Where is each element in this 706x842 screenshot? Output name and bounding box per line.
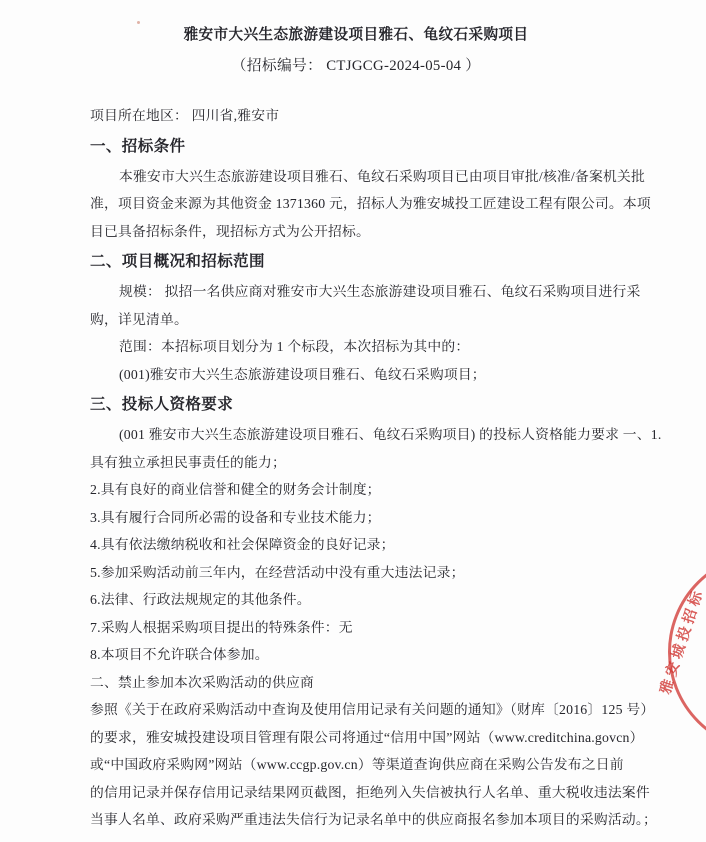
document-line: 本雅安市大兴生态旅游建设项目雅石、龟纹石采购项目已由项目审批/核准/备案机关批 [90,163,622,191]
document-text: 项目所在地区： 四川省,雅安市一、招标条件本雅安市大兴生态旅游建设项目雅石、龟纹… [90,102,622,834]
document-line: 或“中国政府采购网”网站（www.ccgp.gov.cn）等渠道查询供应商在采购… [90,751,622,779]
document-line: (001 雅安市大兴生态旅游建设项目雅石、龟纹石采购项目) 的投标人资格能力要求… [90,421,622,449]
document-line: 4.具有依法缴纳税收和社会保障资金的良好记录； [90,531,622,559]
document-heading: 一、招标条件 [90,130,622,163]
document-line: 购，详见清单。 [90,306,622,334]
document-line: 8.本项目不允许联合体参加。 [90,641,622,669]
document-line: 项目所在地区： 四川省,雅安市 [90,102,622,130]
document-line: 目已具备招标条件，现招标方式为公开招标。 [90,218,622,246]
document-line: 6.法律、行政法规规定的其他条件。 [90,586,622,614]
seal-text: 雅安城投招标 [654,584,706,696]
document-line: 参照《关于在政府采购活动中查询及使用信用记录有关问题的通知》（财库〔2016〕1… [90,696,622,724]
document-line: 当事人名单、政府采购严重违法失信行为记录名单中的供应商报名参加本项目的采购活动。… [90,806,622,834]
document-line: 范围：本招标项目划分为 1 个标段，本次招标为其中的： [90,333,622,361]
document-page: 雅安市大兴生态旅游建设项目雅石、龟纹石采购项目 （招标编号： CTJGCG-20… [0,0,706,842]
document-line: 的信用记录并保存信用记录结果网页截图，拒绝列入失信被执行人名单、重大税收违法案件 [90,779,622,807]
document-line: (001)雅安市大兴生态旅游建设项目雅石、龟纹石采购项目； [90,361,622,389]
document-line: 2.具有良好的商业信誉和健全的财务会计制度； [90,476,622,504]
tender-number: （招标编号： CTJGCG-2024-05-04 ） [90,56,622,76]
document-line: 规模： 拟招一名供应商对雅安市大兴生态旅游建设项目雅石、龟纹石采购项目进行采 [90,278,622,306]
red-seal-stamp: 雅安城投招标 [646,550,706,750]
document-line: 5.参加采购活动前三年内，在经营活动中没有重大违法记录； [90,559,622,587]
document-line: 二、禁止参加本次采购活动的供应商 [90,669,622,697]
document-line: 3.具有履行合同所必需的设备和专业技术能力； [90,504,622,532]
seal-circle-icon [668,552,706,750]
document-heading: 二、项目概况和招标范围 [90,245,622,278]
document-title: 雅安市大兴生态旅游建设项目雅石、龟纹石采购项目 [90,24,622,46]
document-line: 7.采购人根据采购项目提出的特殊条件：无 [90,614,622,642]
document-line: 具有独立承担民事责任的能力； [90,449,622,477]
document-body: 雅安市大兴生态旅游建设项目雅石、龟纹石采购项目 （招标编号： CTJGCG-20… [90,24,622,834]
document-line: 的要求，雅安城投建设项目管理有限公司将通过“信用中国”网站（www.credit… [90,724,622,752]
document-heading: 三、投标人资格要求 [90,388,622,421]
document-line: 准，项目资金来源为其他资金 1371360 元，招标人为雅安城投工匠建设工程有限… [90,190,622,218]
